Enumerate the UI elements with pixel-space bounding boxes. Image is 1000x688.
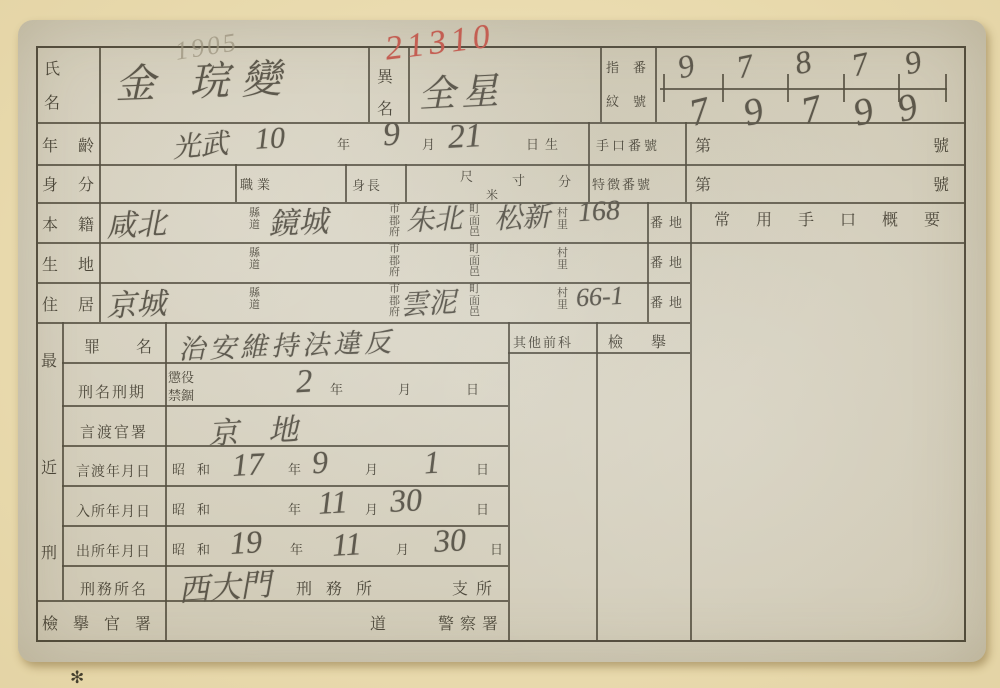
domicile-village-handwritten: 松新 (493, 195, 551, 238)
prefecture-label: 縣道 (249, 288, 260, 311)
grid-line-v (62, 322, 64, 600)
unit-month: 月 (365, 499, 378, 518)
sentence-years-handwritten: 2 (295, 364, 313, 402)
age-label: 年齡 (42, 133, 114, 156)
grid-line-v (596, 322, 598, 642)
unit-month: 月 (365, 459, 378, 478)
town-label: 町面邑 (469, 284, 480, 319)
fingerprint-tick (663, 74, 665, 102)
arresting-office-label: 檢擧官署 (42, 611, 166, 634)
grid-line-v (600, 46, 602, 122)
crime-handwritten-value: 治安維持法違反 (177, 320, 395, 367)
residence-label: 住居 (42, 292, 114, 315)
birth-month-handwritten: 9 (382, 116, 401, 155)
name-label-char2: 名 (44, 90, 60, 113)
unit-day: 日 (476, 499, 489, 518)
unit-day-born: 日生 (526, 134, 564, 153)
alias-handwritten-value: 全星 (417, 60, 506, 118)
sentencing-day-handwritten: 1 (423, 444, 441, 482)
residence-province-handwritten: 京城 (105, 278, 167, 325)
release-date-label: 出所年月日 (76, 541, 151, 561)
section-side-char: 刑 (41, 540, 57, 563)
prison-handwritten-value: 西大門 (177, 559, 273, 610)
branch-office-label: 支所 (452, 576, 500, 599)
mo-number-label: 手口番號 (596, 135, 660, 154)
mo-summary-panel-title: 常用手口概要 (714, 207, 966, 230)
section-side-char: 近 (41, 455, 57, 478)
crime-label: 罪名 (84, 334, 188, 357)
sentence-type-penal-servitude: 懲役 (168, 367, 194, 386)
grid-line-v (655, 46, 657, 122)
number-prefix: 第 (695, 133, 711, 156)
grid-line-v (647, 202, 649, 322)
feature-number-label: 特徴番號 (592, 174, 652, 193)
sentencing-month-handwritten: 9 (311, 444, 329, 482)
village-label: 村里 (557, 208, 568, 231)
prior-record-column-header: 其他前科 (513, 332, 573, 351)
lot-label: 番地 (650, 252, 688, 271)
domicile-township-handwritten: 朱北 (405, 197, 463, 240)
unit-month: 月 (396, 539, 409, 558)
fingerprint-label-char: 紋 (606, 91, 619, 110)
status-label: 身分 (42, 172, 114, 195)
unit-year: 年 (288, 499, 301, 518)
fingerprint-tick (945, 74, 947, 102)
grid-line-v (508, 322, 510, 642)
grid-line-v (690, 202, 692, 642)
domicile-lot-handwritten: 168 (577, 195, 621, 229)
birth-era-year-handwritten: 10 (254, 121, 286, 157)
unit-shaku: 尺 (460, 166, 473, 185)
prefecture-label: 縣道 (249, 208, 260, 231)
entry-month-handwritten: 11 (317, 483, 349, 521)
grid-line-h (62, 565, 508, 567)
grid-line-v (165, 322, 167, 642)
height-label: 身長 (352, 175, 382, 194)
release-month-handwritten: 11 (331, 525, 363, 563)
entry-date-label: 入所年月日 (76, 501, 151, 521)
number-suffix: 號 (933, 172, 949, 195)
unit-sun: 寸 (512, 170, 525, 189)
lot-label: 番地 (650, 212, 688, 231)
city-county-label: 市郡府 (389, 204, 400, 239)
prison-printed-suffix: 刑務所 (296, 576, 386, 599)
grid-line-h (36, 242, 966, 244)
unit-day: 日 (466, 379, 479, 398)
police-station-label: 警察署 (438, 611, 504, 634)
prefecture-label: 縣道 (249, 248, 260, 271)
number-prefix: 第 (695, 172, 711, 195)
birth-day-handwritten: 21 (447, 117, 483, 157)
grid-line-h (62, 485, 508, 487)
province-unit-label: 道 (370, 611, 386, 634)
fingerprint-label-char: 號 (633, 91, 646, 110)
birthplace-label: 生地 (42, 252, 114, 275)
domicile-label: 本籍 (42, 212, 114, 235)
era-showa: 昭和 (172, 499, 222, 518)
unit-year: 年 (337, 134, 350, 153)
fingerprint-label-char: 番 (633, 57, 646, 76)
grid-line-v (235, 164, 237, 202)
sentence-label: 刑名刑期 (78, 381, 146, 402)
section-side-char: 最 (41, 348, 57, 371)
domicile-county-handwritten: 鏡城 (267, 196, 329, 243)
grid-line-h (508, 352, 690, 354)
occupation-label: 職業 (240, 174, 274, 193)
unit-day: 日 (476, 459, 489, 478)
era-showa: 昭和 (172, 539, 222, 558)
grid-line-h (36, 122, 966, 124)
sentencing-date-label: 言渡年月日 (76, 461, 151, 481)
release-year-handwritten: 19 (229, 523, 263, 562)
unit-day: 日 (490, 539, 503, 558)
unit-month: 月 (422, 134, 435, 153)
fingerprint-tick (787, 74, 789, 102)
village-label: 村里 (557, 248, 568, 271)
release-day-handwritten: 30 (433, 521, 467, 560)
era-showa: 昭和 (172, 459, 222, 478)
prison-name-label: 刑務所名 (80, 578, 148, 599)
fingerprint-tick (843, 74, 845, 102)
fingerprint-tick (722, 74, 724, 102)
unit-year: 年 (290, 539, 303, 558)
scanned-record-card-page: 氏 名 金 琓變 1905 異 名 全星 21310 指 紋 番 號 9 7 8… (0, 0, 1000, 688)
entry-day-handwritten: 30 (389, 481, 423, 520)
unit-year: 年 (330, 379, 343, 398)
number-suffix: 號 (933, 133, 949, 156)
village-label: 村里 (557, 288, 568, 311)
town-label: 町面邑 (469, 204, 480, 239)
sentencing-year-handwritten: 17 (231, 445, 265, 484)
sentencing-office-label: 言渡官署 (80, 421, 148, 442)
unit-bu: 分 (558, 171, 571, 190)
residence-township-handwritten: 雲泥 (399, 281, 457, 324)
grid-line-v (368, 46, 370, 122)
town-label: 町面邑 (469, 244, 480, 279)
arrest-column-header: 檢擧 (608, 331, 694, 352)
fingerprint-label-char: 指 (606, 57, 619, 76)
corner-ink-mark: ✻ (70, 668, 84, 688)
grid-line-v (405, 164, 407, 202)
residence-lot-handwritten: 66-1 (575, 281, 624, 313)
domicile-province-handwritten: 咸北 (105, 198, 167, 245)
birth-era-handwritten: 光武 (170, 122, 229, 167)
city-county-label: 市郡府 (389, 244, 400, 279)
unit-month: 月 (398, 379, 411, 398)
grid-line-v (588, 122, 590, 202)
name-label-char1: 氏 (44, 56, 60, 79)
grid-line-v (685, 122, 687, 202)
lot-label: 番地 (650, 292, 688, 311)
grid-line-v (345, 164, 347, 202)
sentence-type-imprisonment: 禁錮 (168, 385, 194, 404)
unit-year: 年 (288, 459, 301, 478)
